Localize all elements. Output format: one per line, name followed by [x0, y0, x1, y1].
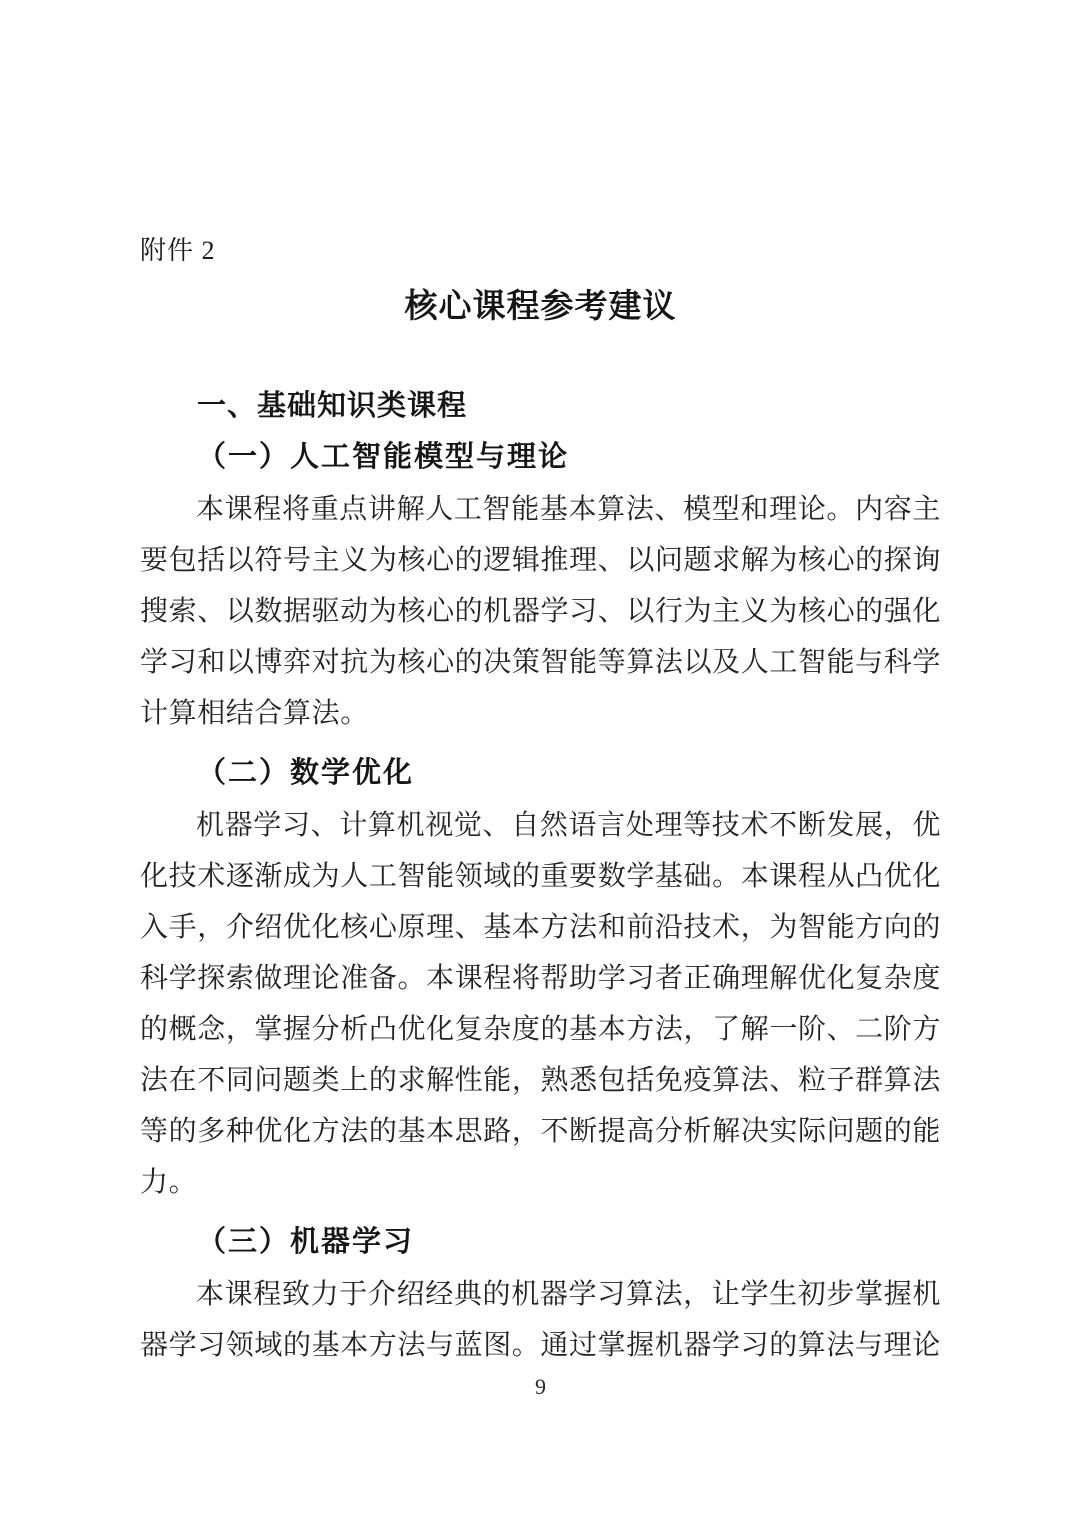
document-page: 附件 2 核心课程参考建议 一、基础知识类课程 （一）人工智能模型与理论 本课程… [0, 0, 1080, 1527]
paragraph-mathematical-optimization: 机器学习、计算机视觉、自然语言处理等技术不断发展，优化技术逐渐成为人工智能领域的… [140, 800, 941, 1208]
document-title: 核心课程参考建议 [140, 286, 941, 326]
paragraph-machine-learning: 本课程致力于介绍经典的机器学习算法，让学生初步掌握机器学习领域的基本方法与蓝图。… [140, 1269, 941, 1371]
subsection-heading-machine-learning: （三）机器学习 [140, 1226, 941, 1259]
subsection-heading-mathematical-optimization: （二）数学优化 [140, 757, 941, 790]
section-heading-basic-knowledge-courses: 一、基础知识类课程 [140, 390, 941, 423]
paragraph-ai-models-and-theory: 本课程将重点讲解人工智能基本算法、模型和理论。内容主要包括以符号主义为核心的逻辑… [140, 484, 941, 739]
subsection-heading-ai-models-and-theory: （一）人工智能模型与理论 [140, 441, 941, 474]
page-number: 9 [140, 1373, 941, 1401]
attachment-label: 附件 2 [140, 236, 941, 266]
